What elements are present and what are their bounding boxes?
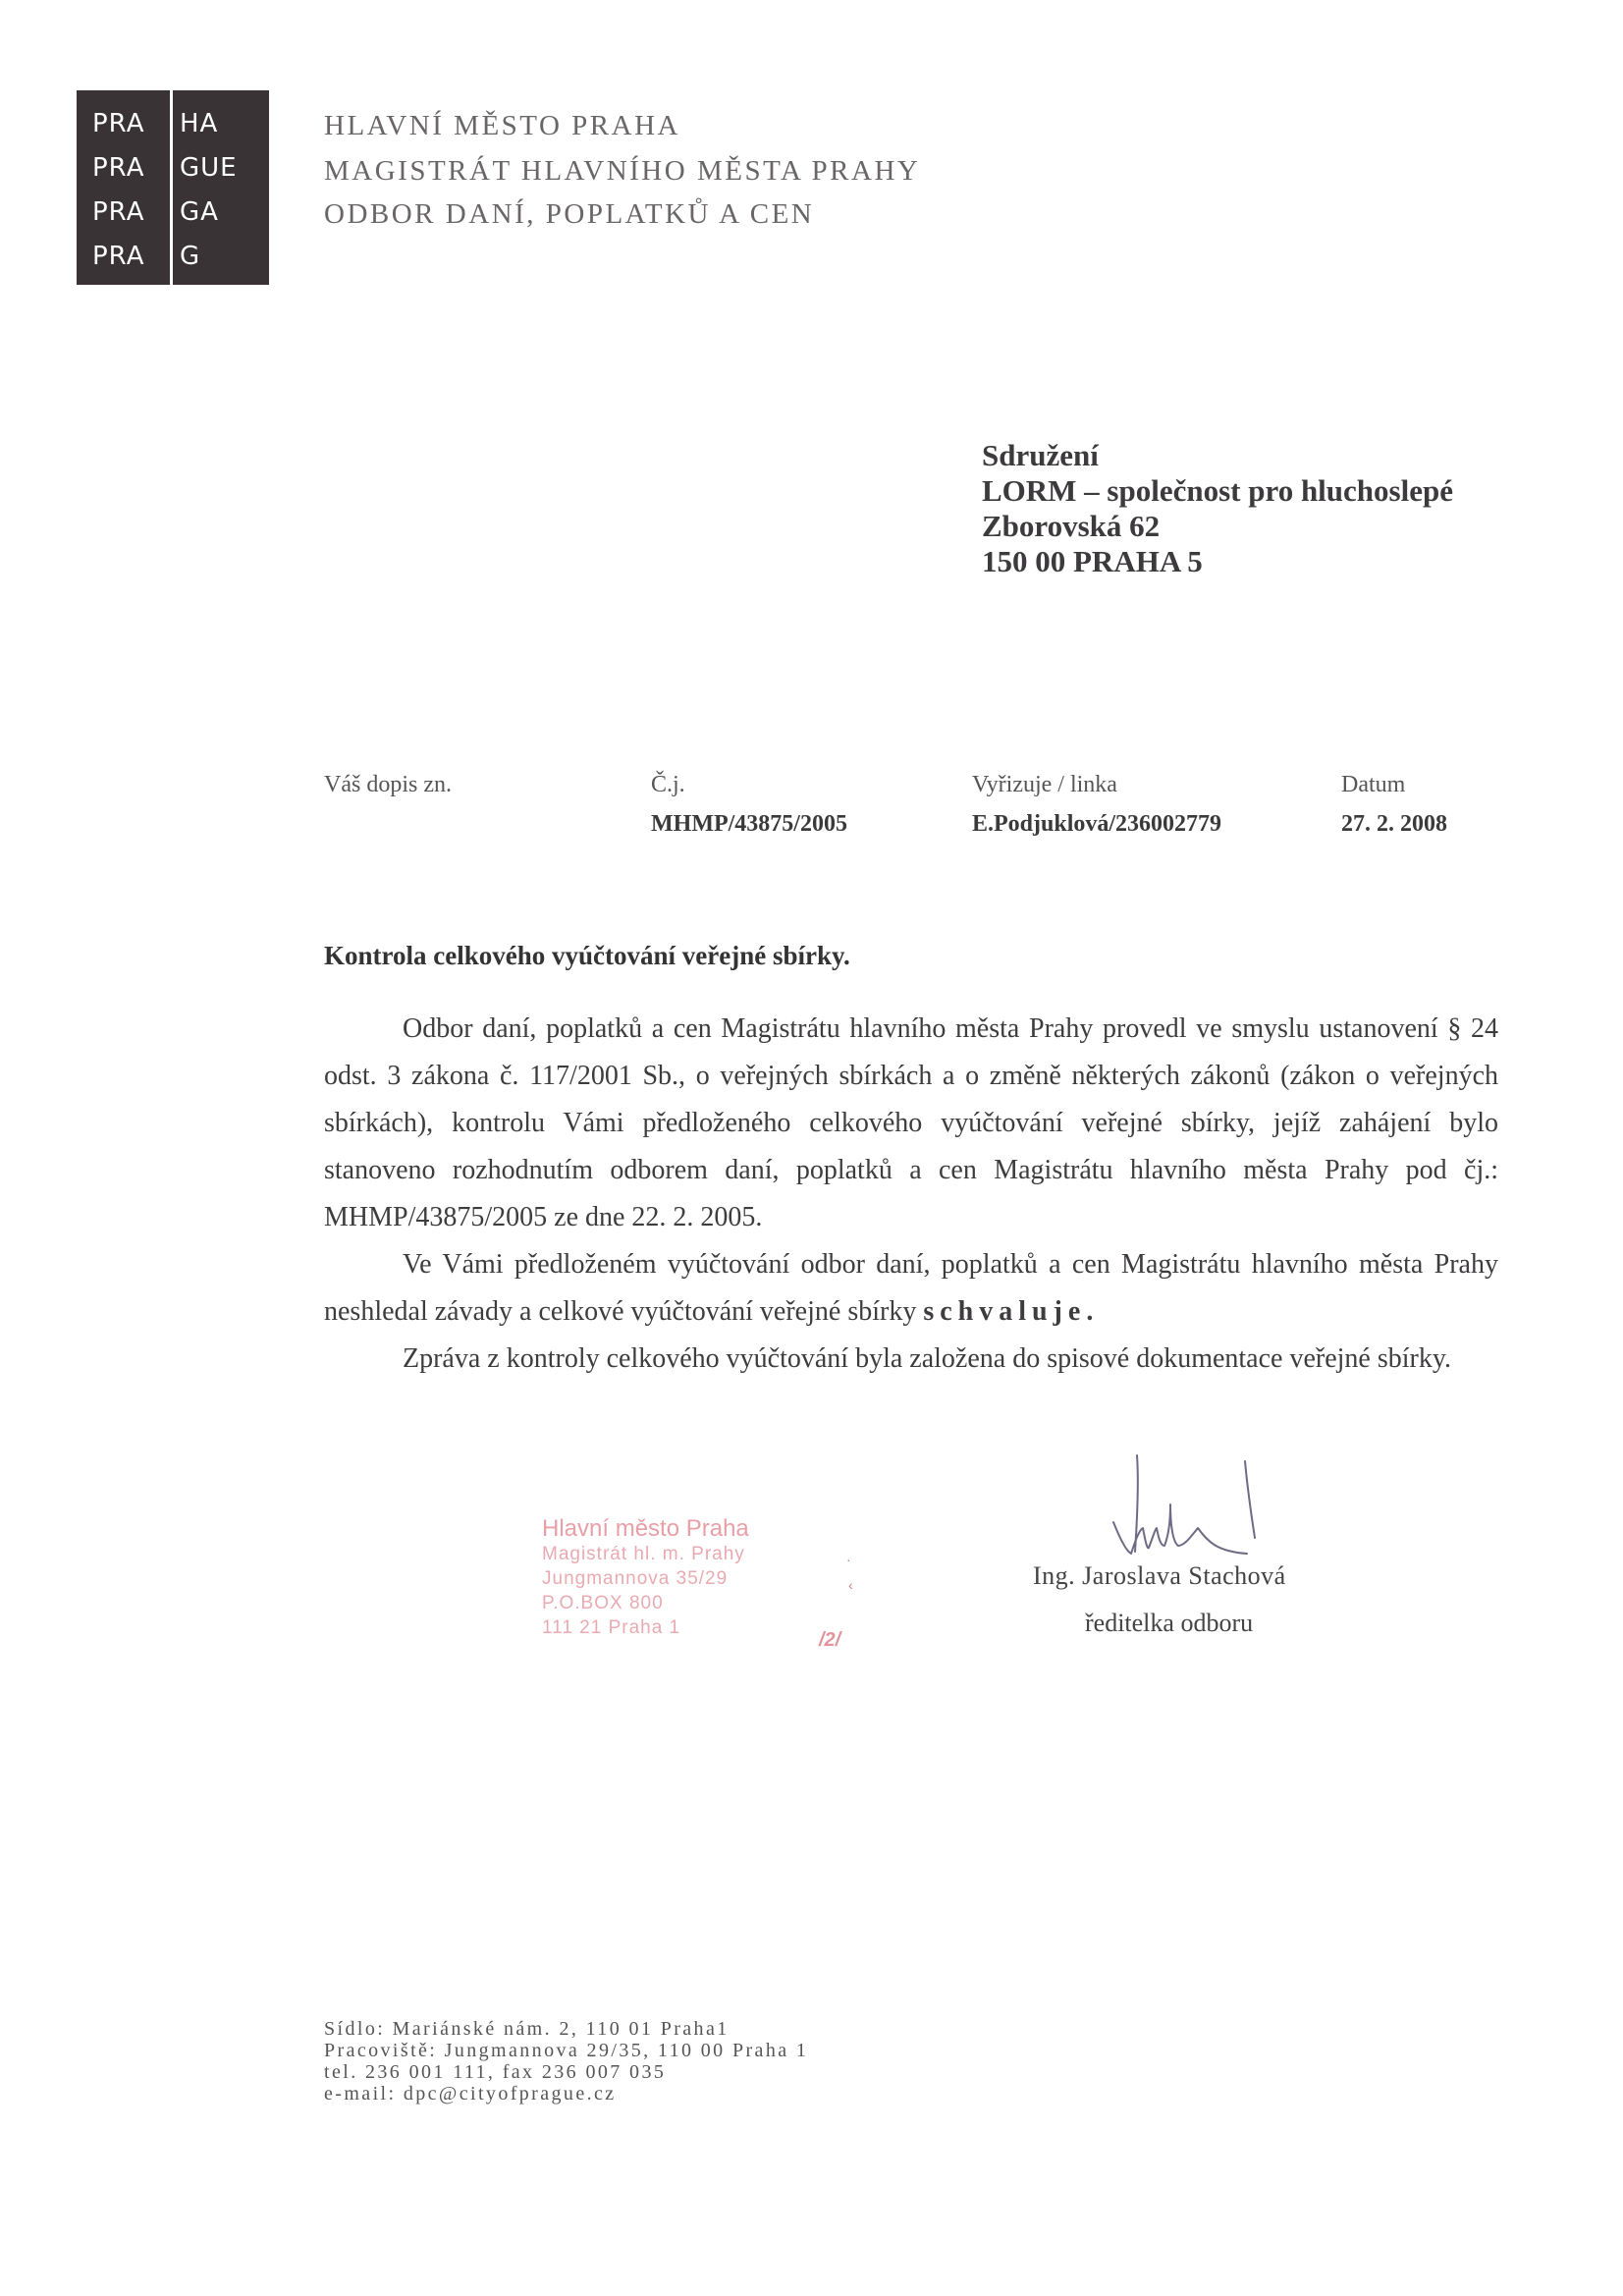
body-paragraph: Ve Vámi předloženém vyúčtování odbor dan… — [324, 1241, 1498, 1336]
stamp-mark: /2/ — [819, 1629, 840, 1652]
logo-word: PRA — [92, 235, 170, 279]
handled-by-value: E.Podjuklová/236002779 — [972, 811, 1221, 838]
stamp-line: Jungmannova 35/29 — [542, 1566, 749, 1591]
stamp-line: Magistrát hl. m. Prahy — [542, 1542, 749, 1566]
letterhead-office: MAGISTRÁT HLAVNÍHO MĚSTA PRAHY — [324, 155, 920, 188]
logo-word: PRA — [92, 146, 170, 191]
logo-word: GA — [180, 191, 238, 235]
letter-footer: Sídlo: Mariánské nám. 2, 110 01 Praha1 P… — [324, 2018, 808, 2105]
body-paragraph: Zpráva z kontroly celkového vyúčtování b… — [324, 1336, 1498, 1383]
logo-word: PRA — [92, 191, 170, 235]
stamp-line: 111 21 Praha 1 — [542, 1615, 749, 1640]
recipient-line: Sdružení — [982, 438, 1453, 473]
official-stamp: Hlavní město Praha Magistrát hl. m. Prah… — [542, 1516, 749, 1640]
stamp-dot: ‹ — [848, 1577, 853, 1593]
date-label: Datum — [1341, 772, 1405, 798]
recipient-address: Sdružení LORM – společnost pro hluchosle… — [982, 438, 1453, 579]
your-letter-label: Váš dopis zn. — [324, 772, 452, 798]
logo-word: PRA — [92, 102, 170, 146]
stamp-dot: · — [846, 1552, 851, 1567]
body-paragraph-text: Ve Vámi předloženém vyúčtování odbor dan… — [324, 1249, 1498, 1327]
stamp-line: P.O.BOX 800 — [542, 1591, 749, 1615]
logo-word: HA — [180, 102, 238, 146]
recipient-line: 150 00 PRAHA 5 — [982, 544, 1453, 579]
logo-word: GUE — [180, 146, 238, 191]
approval-emphasis: schvaluje — [923, 1296, 1086, 1327]
handled-by-label: Vyřizuje / linka — [972, 772, 1117, 798]
footer-seat: Sídlo: Mariánské nám. 2, 110 01 Praha1 — [324, 2018, 808, 2040]
stamp-title: Hlavní město Praha — [542, 1516, 749, 1542]
footer-workplace: Pracoviště: Jungmannova 29/35, 110 00 Pr… — [324, 2040, 808, 2061]
ref-number-value: MHMP/43875/2005 — [651, 811, 847, 838]
logo-word: G — [180, 235, 238, 279]
recipient-line: Zborovská 62 — [982, 509, 1453, 544]
footer-phone: tel. 236 001 111, fax 236 007 035 — [324, 2061, 808, 2083]
signer-role: ředitelka odboru — [1085, 1609, 1253, 1638]
logo-left-column: PRA PRA PRA PRA — [77, 90, 170, 285]
letter-body: Odbor daní, poplatků a cen Magistrátu hl… — [324, 1006, 1498, 1383]
ref-number-label: Č.j. — [651, 772, 685, 798]
prague-logo: PRA PRA PRA PRA HA GUE GA G — [77, 90, 269, 285]
letterhead-city: HLAVNÍ MĚSTO PRAHA — [324, 110, 680, 142]
letter-subject: Kontrola celkového vyúčtování veřejné sb… — [324, 941, 850, 971]
logo-right-column: HA GUE GA G — [173, 90, 238, 285]
footer-email: e-mail: dpc@cityofprague.cz — [324, 2083, 808, 2105]
handwritten-signature-icon — [1109, 1444, 1345, 1581]
letterhead-department: ODBOR DANÍ, POPLATKŮ A CEN — [324, 198, 814, 231]
date-value: 27. 2. 2008 — [1341, 811, 1447, 838]
recipient-line: LORM – společnost pro hluchoslepé — [982, 473, 1453, 509]
signer-name: Ing. Jaroslava Stachová — [1033, 1561, 1286, 1591]
body-paragraph: Odbor daní, poplatků a cen Magistrátu hl… — [324, 1006, 1498, 1241]
approval-period: . — [1086, 1296, 1093, 1327]
